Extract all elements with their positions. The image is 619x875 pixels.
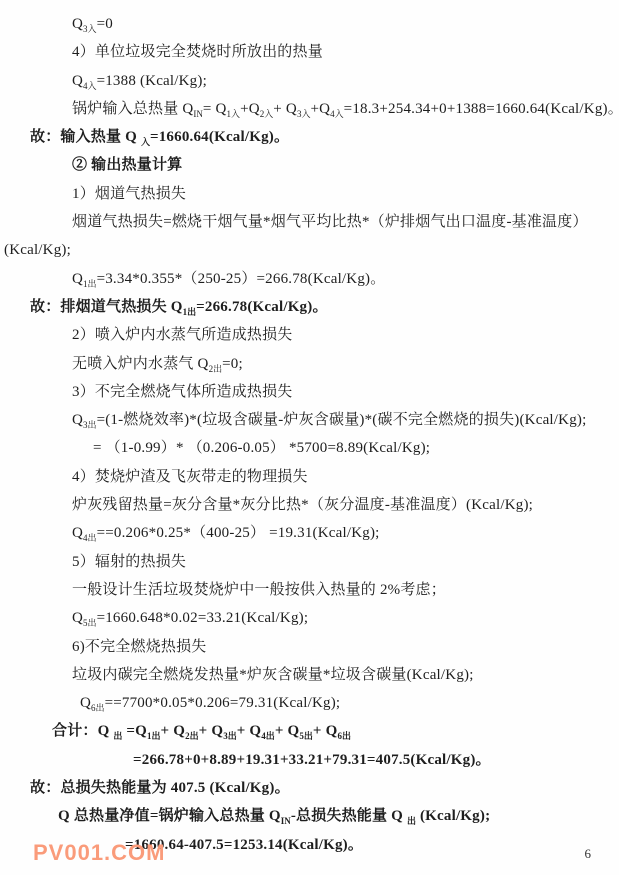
document-line: ② 输出热量计算 bbox=[0, 151, 619, 179]
document-line: 合计：Q 出 =Q1出+ Q2出+ Q3出+ Q4出+ Q5出+ Q6出 bbox=[0, 717, 619, 745]
document-line: 4）焚烧炉渣及飞灰带走的物理损失 bbox=[0, 463, 619, 491]
document-line: 故：排烟道气热损失 Q1出=266.78(Kcal/Kg)。 bbox=[0, 293, 619, 321]
document-line: (Kcal/Kg); bbox=[0, 236, 619, 264]
document-line: 5）辐射的热损失 bbox=[0, 548, 619, 576]
document-line: 1）烟道气热损失 bbox=[0, 180, 619, 208]
document-line: Q6出==7700*0.05*0.206=79.31(Kcal/Kg); bbox=[0, 689, 619, 717]
document-line: 一般设计生活垃圾焚烧炉中一般按供入热量的 2%考虑； bbox=[0, 576, 619, 604]
document-line: Q 总热量净值=锅炉输入总热量 QIN-总损失热能量 Q 出 (Kcal/Kg)… bbox=[0, 802, 619, 830]
document-line: Q5出=1660.648*0.02=33.21(Kcal/Kg); bbox=[0, 604, 619, 632]
document-line: Q3入=0 bbox=[0, 10, 619, 38]
document-line: 故：总损失热能量为 407.5 (Kcal/Kg)。 bbox=[0, 774, 619, 802]
document-line: =266.78+0+8.89+19.31+33.21+79.31=407.5(K… bbox=[0, 746, 619, 774]
document-line: = （1-0.99）* （0.206-0.05） *5700=8.89(Kcal… bbox=[0, 434, 619, 462]
document-line: 6)不完全燃烧热损失 bbox=[0, 633, 619, 661]
page-number: 6 bbox=[585, 846, 592, 862]
document-line: 无喷入炉内水蒸气 Q2出=0; bbox=[0, 350, 619, 378]
document-line: Q4入=1388 (Kcal/Kg); bbox=[0, 67, 619, 95]
document-line: 锅炉输入总热量 QIN= Q1入+Q2入+ Q3入+Q4入=18.3+254.3… bbox=[0, 95, 619, 123]
document-line: Q3出=(1-燃烧效率)*(垃圾含碳量-炉灰含碳量)*(碳不完全燃烧的损失)(K… bbox=[0, 406, 619, 434]
document-line: 故：输入热量 Q 入=1660.64(Kcal/Kg)。 bbox=[0, 123, 619, 151]
watermark: PV001.COM bbox=[33, 840, 166, 866]
document-line: 2）喷入炉内水蒸气所造成热损失 bbox=[0, 321, 619, 349]
document-line: 炉灰残留热量=灰分含量*灰分比热*（灰分温度-基准温度）(Kcal/Kg); bbox=[0, 491, 619, 519]
document-line: Q4出==0.206*0.25*（400-25） =19.31(Kcal/Kg)… bbox=[0, 519, 619, 547]
document-line: 3）不完全燃烧气体所造成热损失 bbox=[0, 378, 619, 406]
document-page: Q3入=04）单位垃圾完全焚烧时所放出的热量Q4入=1388 (Kcal/Kg)… bbox=[0, 0, 619, 875]
document-line: 垃圾内碳完全燃烧发热量*炉灰含碳量*垃圾含碳量(Kcal/Kg); bbox=[0, 661, 619, 689]
document-body: Q3入=04）单位垃圾完全焚烧时所放出的热量Q4入=1388 (Kcal/Kg)… bbox=[0, 10, 619, 859]
document-line: Q1出=3.34*0.355*（250-25）=266.78(Kcal/Kg)。 bbox=[0, 265, 619, 293]
document-line: 烟道气热损失=燃烧干烟气量*烟气平均比热*（炉排烟气出口温度-基准温度） bbox=[0, 208, 619, 236]
document-line: 4）单位垃圾完全焚烧时所放出的热量 bbox=[0, 38, 619, 66]
